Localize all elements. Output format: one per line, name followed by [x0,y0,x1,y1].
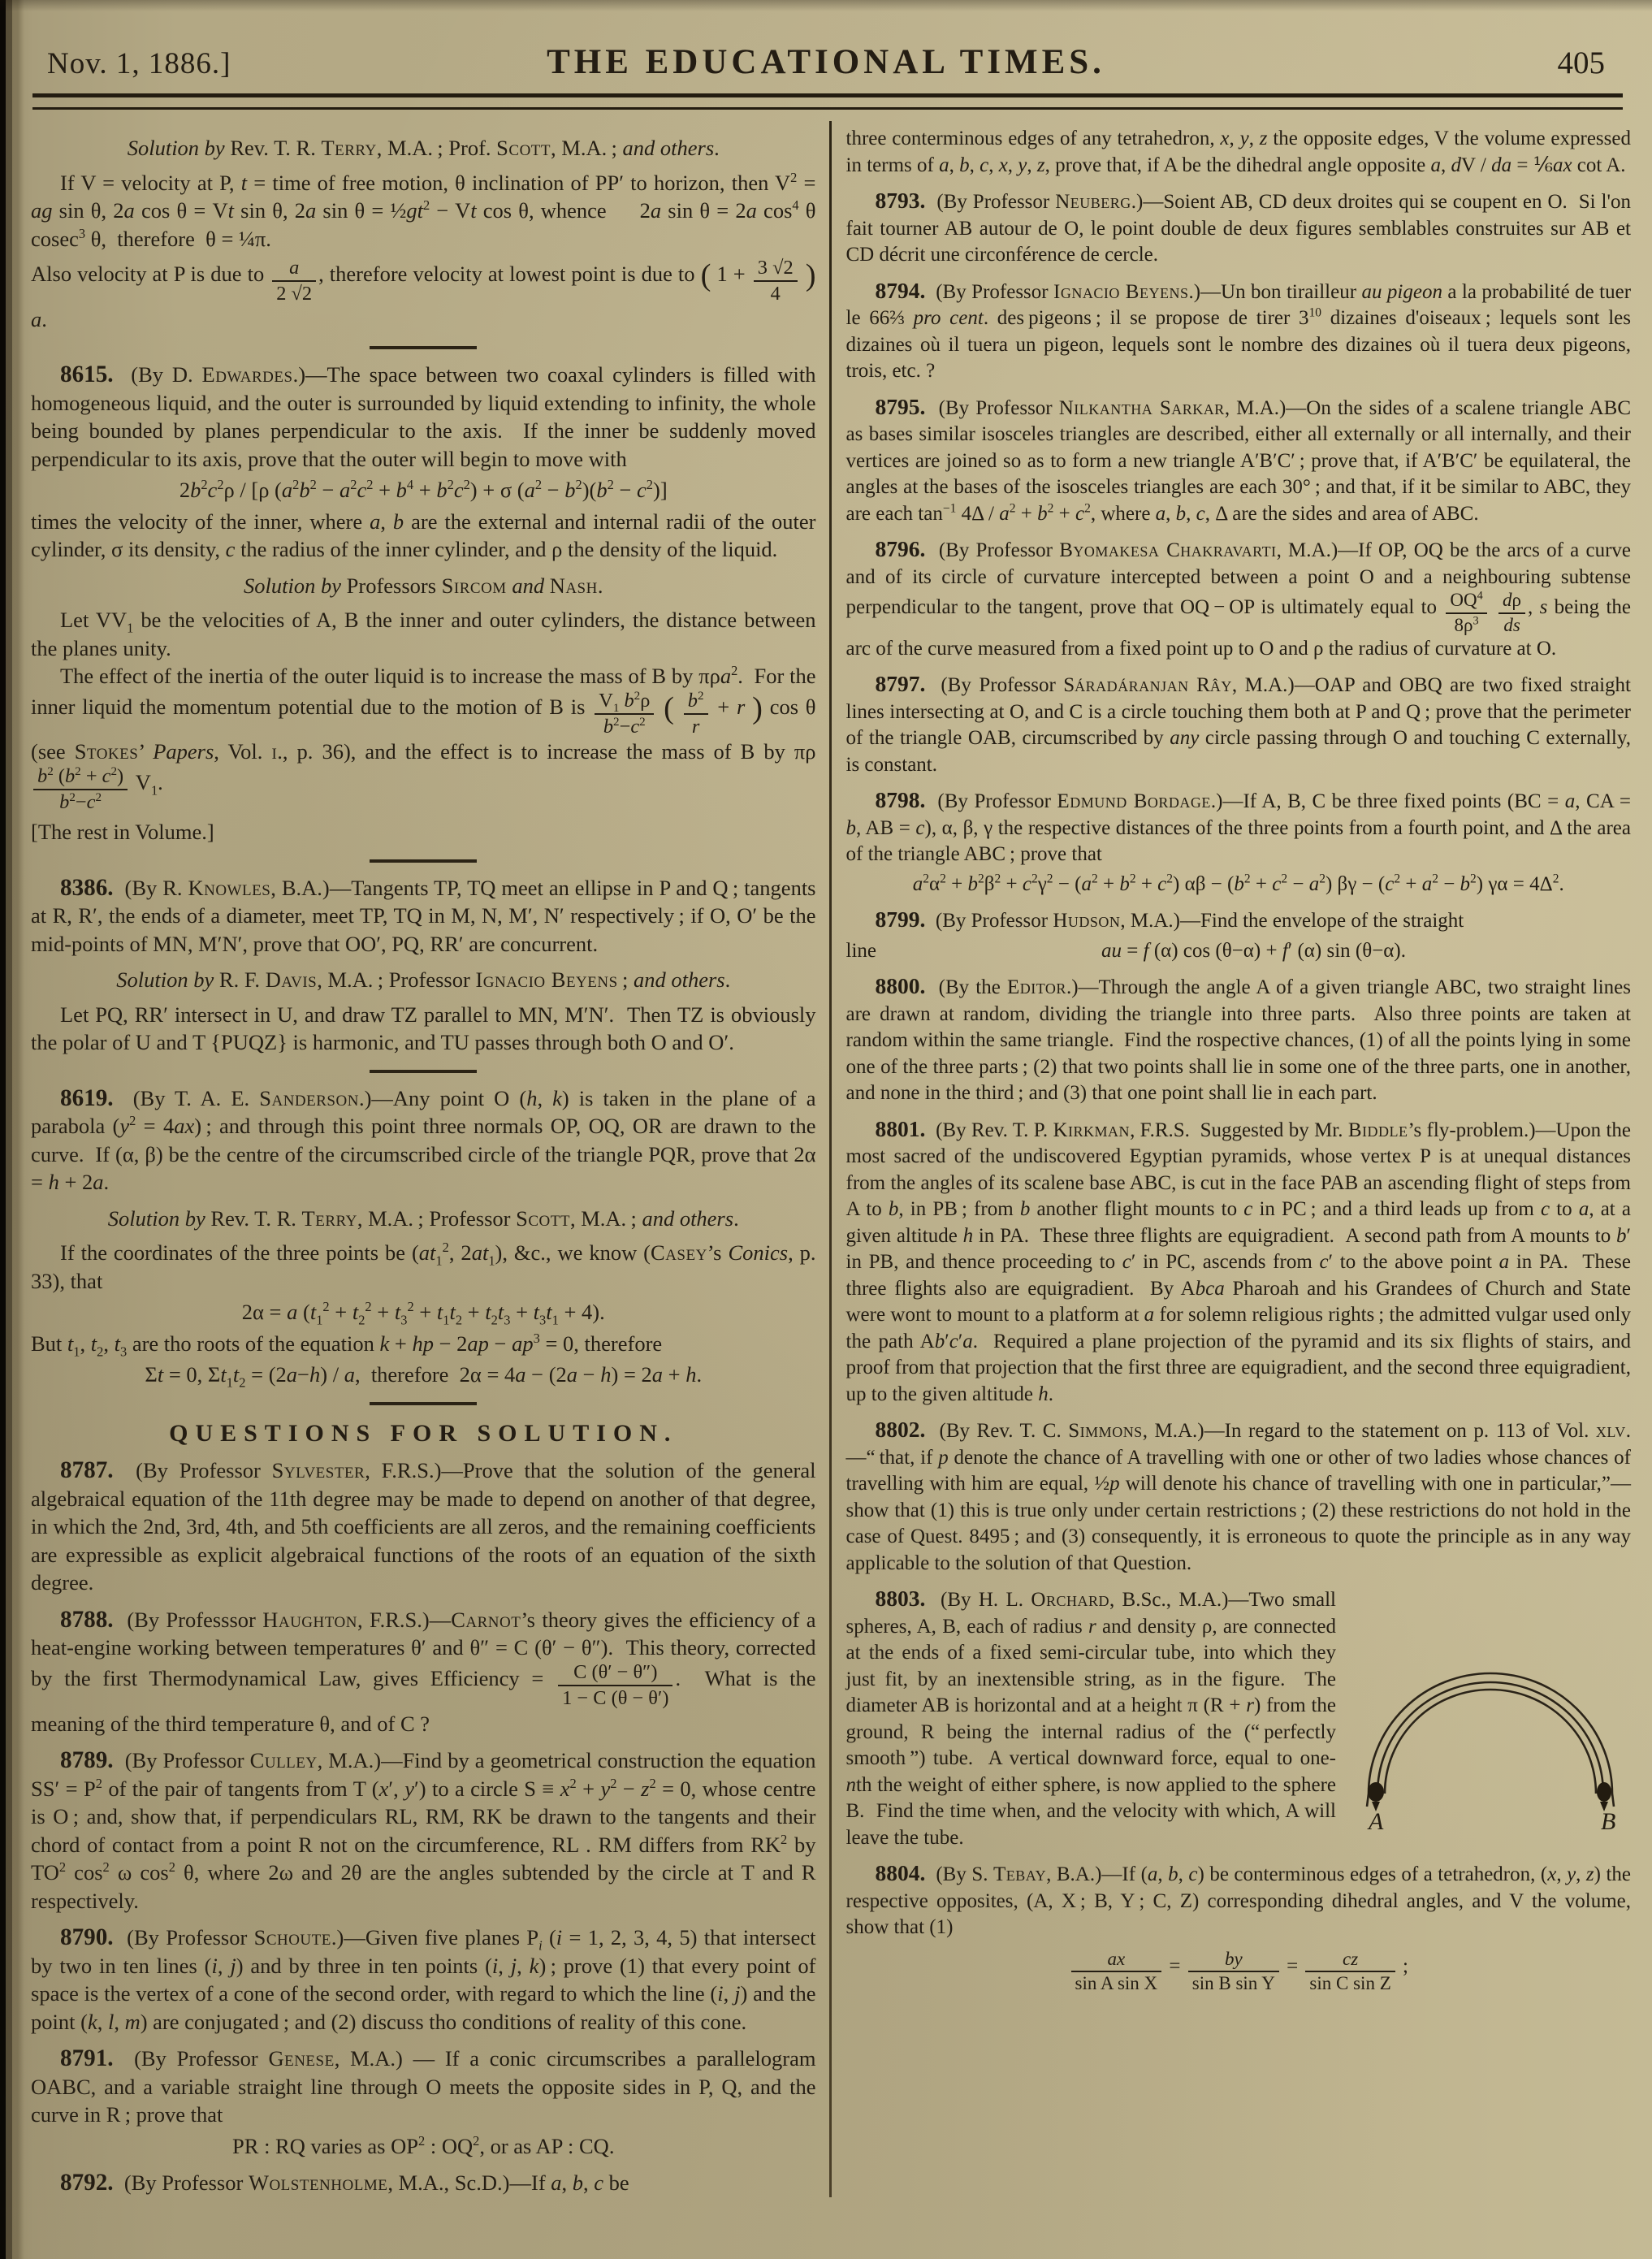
issue-date: Nov. 1, 1886.] [47,46,315,81]
sphere-markers [1368,1782,1611,1811]
problem-8386: 8386. (By R. Knowles, B.A.)—Tangents TP,… [31,874,816,959]
formula-8799: lineau = f (α) cos (θ−α) + f′ (α) sin (θ… [846,938,1632,965]
solution-paragraph: Let PQ, RR′ intersect in U, and draw TZ … [31,1001,816,1057]
formula-8615: 2b2c2ρ / [ρ (a2b2 − a2c2 + b4 + b2c2) + … [31,476,816,504]
problem-8800: 8800. (By the Editor.)—Through the angle… [846,973,1632,1107]
solution-paragraph: Also velocity at P is due to a2 √2, ther… [31,257,816,333]
left-column: Solution by Rev. T. R. Terry, M.A. ; Pro… [28,121,829,2197]
solution-paragraph: If the coordinates of the three points b… [31,1239,816,1295]
solution-attribution-terry-scott: Solution by Rev. T. R. Terry, M.A. ; Pro… [31,134,816,162]
separator-rule [370,1070,477,1073]
solution-attribution-terry-scott-2: Solution by Rev. T. R. Terry, M.A. ; Pro… [31,1205,816,1233]
problem-8792-continuation: three conterminous edges of any tetrahed… [846,126,1632,179]
problem-8787: 8787. (By Professor Sylvester, F.R.S.)—P… [31,1456,816,1597]
tube-arch-drawing: A B [1351,1589,1631,1833]
problem-8793: 8793. (By Professor Neuberg.)—Soient AB,… [846,188,1632,269]
sphere-b-label: B [1601,1808,1615,1833]
formula-8619-b: Σt = 0, Σt1t2 = (2a−h) / a, therefore 2α… [31,1361,816,1389]
problem-8615: 8615. (By D. Edwardes.)—The space betwee… [31,361,816,473]
formula-8804: axsin A sin X = bysin B sin Y = czsin C … [846,1950,1632,1995]
problem-8797: 8797. (By Professor Sáradáranjan Rây, M.… [846,671,1632,778]
problem-8803-block: A B 8803. (By H. L. Orchard, B.Sc., M.A.… [846,1586,1632,1851]
rest-in-volume-note: [The rest in Volume.] [31,818,816,846]
problem-8794: 8794. (By Professor Ignacio Beyens.)—Un … [846,278,1632,385]
problem-8615-continuation: times the velocity of the inner, where a… [31,508,816,564]
problem-8796: 8796. (By Professor Byomakesa Chakravart… [846,536,1632,662]
solution-paragraph: Let VV1 be the velocities of A, B the in… [31,606,816,662]
separator-rule [370,346,477,349]
separator-rule [370,859,477,863]
problem-8804: 8804. (By S. Tebay, B.A.)—If (a, b, c) b… [846,1860,1632,1941]
sphere-a-label: A [1367,1808,1384,1833]
solution-paragraph: The effect of the inertia of the outer l… [31,662,816,813]
problem-8789: 8789. (By Professor Culley, M.A.)—Find b… [31,1746,816,1915]
page-number: 405 [1337,45,1605,81]
separator-rule [370,1402,477,1405]
problem-8791: 8791. (By Professor Genese, M.A.) — If a… [31,2045,816,2129]
solution-attribution-davis-beyens: Solution by R. F. Davis, M.A. ; Professo… [31,966,816,994]
formula-8619-a: 2α = a (t12 + t22 + t32 + t1t2 + t2t3 + … [31,1298,816,1326]
solution-attribution-sircom-nash: Solution by Professors Sircom and Nash. [31,572,816,600]
problem-8799: 8799. (By Professor Hudson, M.A.)—Find t… [846,907,1632,935]
problem-8790: 8790. (By Professor Schoute.)—Given five… [31,1924,816,2036]
problem-8802: 8802. (By Rev. T. C. Simmons, M.A.)—In r… [846,1417,1632,1577]
semicircular-tube-figure: A B [1351,1589,1631,1833]
scanned-journal-page: Nov. 1, 1886.] THE EDUCATIONAL TIMES. 40… [0,0,1652,2259]
solution-paragraph: If V = velocity at P, t = time of free m… [31,169,816,253]
problem-8795: 8795. (By Professor Nilkantha Sarkar, M.… [846,394,1632,528]
solution-paragraph: But t1, t2, t3 are tho roots of the equa… [31,1330,816,1358]
right-column: three conterminous edges of any tetrahed… [832,121,1633,2197]
two-column-body: Solution by Rev. T. R. Terry, M.A. ; Pro… [0,110,1652,2197]
formula-8798: a2α2 + b2β2 + c2γ2 − (a2 + b2 + c2) αβ −… [846,872,1632,898]
problem-8792: 8792. (By Professor Wolstenholme, M.A., … [31,2169,816,2197]
publication-title: THE EDUCATIONAL TIMES. [315,42,1337,82]
header-double-rule [32,93,1623,110]
problem-8798: 8798. (By Professor Edmund Bordage.)—If … [846,787,1632,868]
formula-8791: PR : RQ varies as OP2 : OQ2, or as AP : … [31,2132,816,2161]
problem-8801: 8801. (By Rev. T. P. Kirkman, F.R.S. Sug… [846,1116,1632,1409]
problem-8619: 8619. (By T. A. E. Sanderson.)—Any point… [31,1084,816,1197]
section-heading-questions-for-solution: QUESTIONS FOR SOLUTION. [31,1420,816,1448]
problem-8788: 8788. (By Professsor Haughton, F.R.S.)—C… [31,1606,816,1738]
page-header: Nov. 1, 1886.] THE EDUCATIONAL TIMES. 40… [0,0,1652,82]
